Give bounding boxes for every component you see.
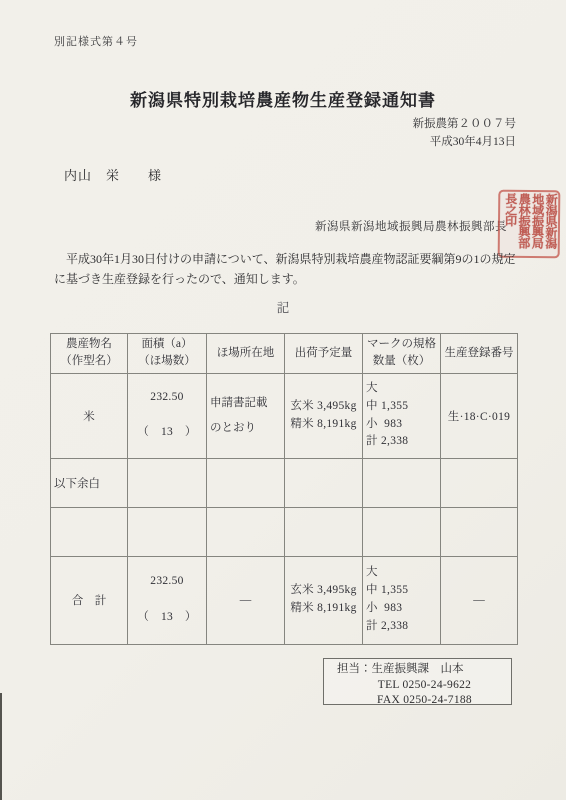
document-number: 新振農第２００７号 <box>413 115 517 133</box>
table-cell-total-area: 232.50 （ 13 ） <box>128 556 207 644</box>
table-header-row: 農産物名 （作型名） 面積（a） （ほ場数） ほ場所在地 出荷予定量 マークの規… <box>51 334 518 374</box>
contact-person: 担当：生産振興課 山本 <box>324 662 511 678</box>
table-cell-total-field-location: ― <box>207 556 285 644</box>
table-cell-empty <box>128 458 207 507</box>
table-row-empty <box>51 507 518 556</box>
table-cell-empty <box>207 507 285 556</box>
table-cell-total-mark-quantity: 大 中 1,355 小 983 計 2,338 <box>363 556 441 644</box>
registration-table: 農産物名 （作型名） 面積（a） （ほ場数） ほ場所在地 出荷予定量 マークの規… <box>50 333 518 645</box>
column-header-area: 面積（a） （ほ場数） <box>128 334 207 374</box>
table-row-total: 合 計 232.50 （ 13 ） ― 玄米 3,495kg 精米 8,191k… <box>51 556 518 644</box>
table-row-rice: 米 232.50 （ 13 ） 申請書記載 のとおり 玄米 3,495kg 精米… <box>51 373 518 458</box>
contact-tel: TEL 0250-24-9622 <box>324 678 511 694</box>
table-cell-registration-number: 生·18·C·019 <box>441 373 518 458</box>
official-seal-text: 新潟県新潟地域振興局農林振興部長之印 <box>501 193 558 256</box>
table-cell-total-registration-number: ― <box>441 556 518 644</box>
record-marker: 記 <box>0 298 566 316</box>
body-paragraph: 平成30年1月30日付けの申請について、新潟県特別栽培農産物認証要綱第9の1の規… <box>54 250 516 289</box>
issue-date: 平成30年4月13日 <box>413 133 517 151</box>
addressee-name: 内山 栄 様 <box>64 165 162 184</box>
table-cell-total-label: 合 計 <box>51 556 128 644</box>
table-row-blank-note: 以下余白 <box>51 458 518 507</box>
scan-edge-artifact <box>0 693 2 800</box>
table-cell-blank-note: 以下余白 <box>51 458 128 507</box>
table-cell-empty <box>128 507 207 556</box>
document-title: 新潟県特別栽培農産物生産登録通知書 <box>0 86 566 111</box>
table-cell-total-shipment: 玄米 3,495kg 精米 8,191kg <box>285 556 363 644</box>
table-cell-empty <box>363 507 441 556</box>
table-cell-empty <box>285 458 363 507</box>
table-cell-mark-quantity: 大 中 1,355 小 983 計 2,338 <box>363 373 441 458</box>
table-cell-empty <box>207 458 285 507</box>
table-cell-product: 米 <box>51 373 128 458</box>
column-header-field-location: ほ場所在地 <box>207 334 285 374</box>
column-header-mark-quantity: マークの規格 数量（枚） <box>363 334 441 374</box>
scanned-document-page: 別記様式第４号 新潟県特別栽培農産物生産登録通知書 新振農第２００７号 平成30… <box>0 0 566 800</box>
table-cell-empty <box>51 507 128 556</box>
table-cell-empty <box>363 458 441 507</box>
column-header-registration-number: 生産登録番号 <box>441 334 518 374</box>
document-meta: 新振農第２００７号 平成30年4月13日 <box>413 115 517 151</box>
table-cell-shipment: 玄米 3,495kg 精米 8,191kg <box>285 373 363 458</box>
table-cell-empty <box>285 507 363 556</box>
column-header-product: 農産物名 （作型名） <box>51 334 128 374</box>
sender-title: 新潟県新潟地域振興局農林振興部長 <box>315 218 507 234</box>
table-cell-area: 232.50 （ 13 ） <box>128 373 207 458</box>
table-cell-empty <box>441 507 518 556</box>
form-number: 別記様式第４号 <box>54 33 138 49</box>
table-cell-empty <box>441 458 518 507</box>
contact-box: 担当：生産振興課 山本 TEL 0250-24-9622 FAX 0250-24… <box>323 658 512 705</box>
table-cell-field-location: 申請書記載 のとおり <box>207 373 285 458</box>
official-seal-stamp: 新潟県新潟地域振興局農林振興部長之印 <box>498 190 561 259</box>
contact-fax: FAX 0250-24-7188 <box>324 693 511 709</box>
column-header-shipment: 出荷予定量 <box>285 334 363 374</box>
